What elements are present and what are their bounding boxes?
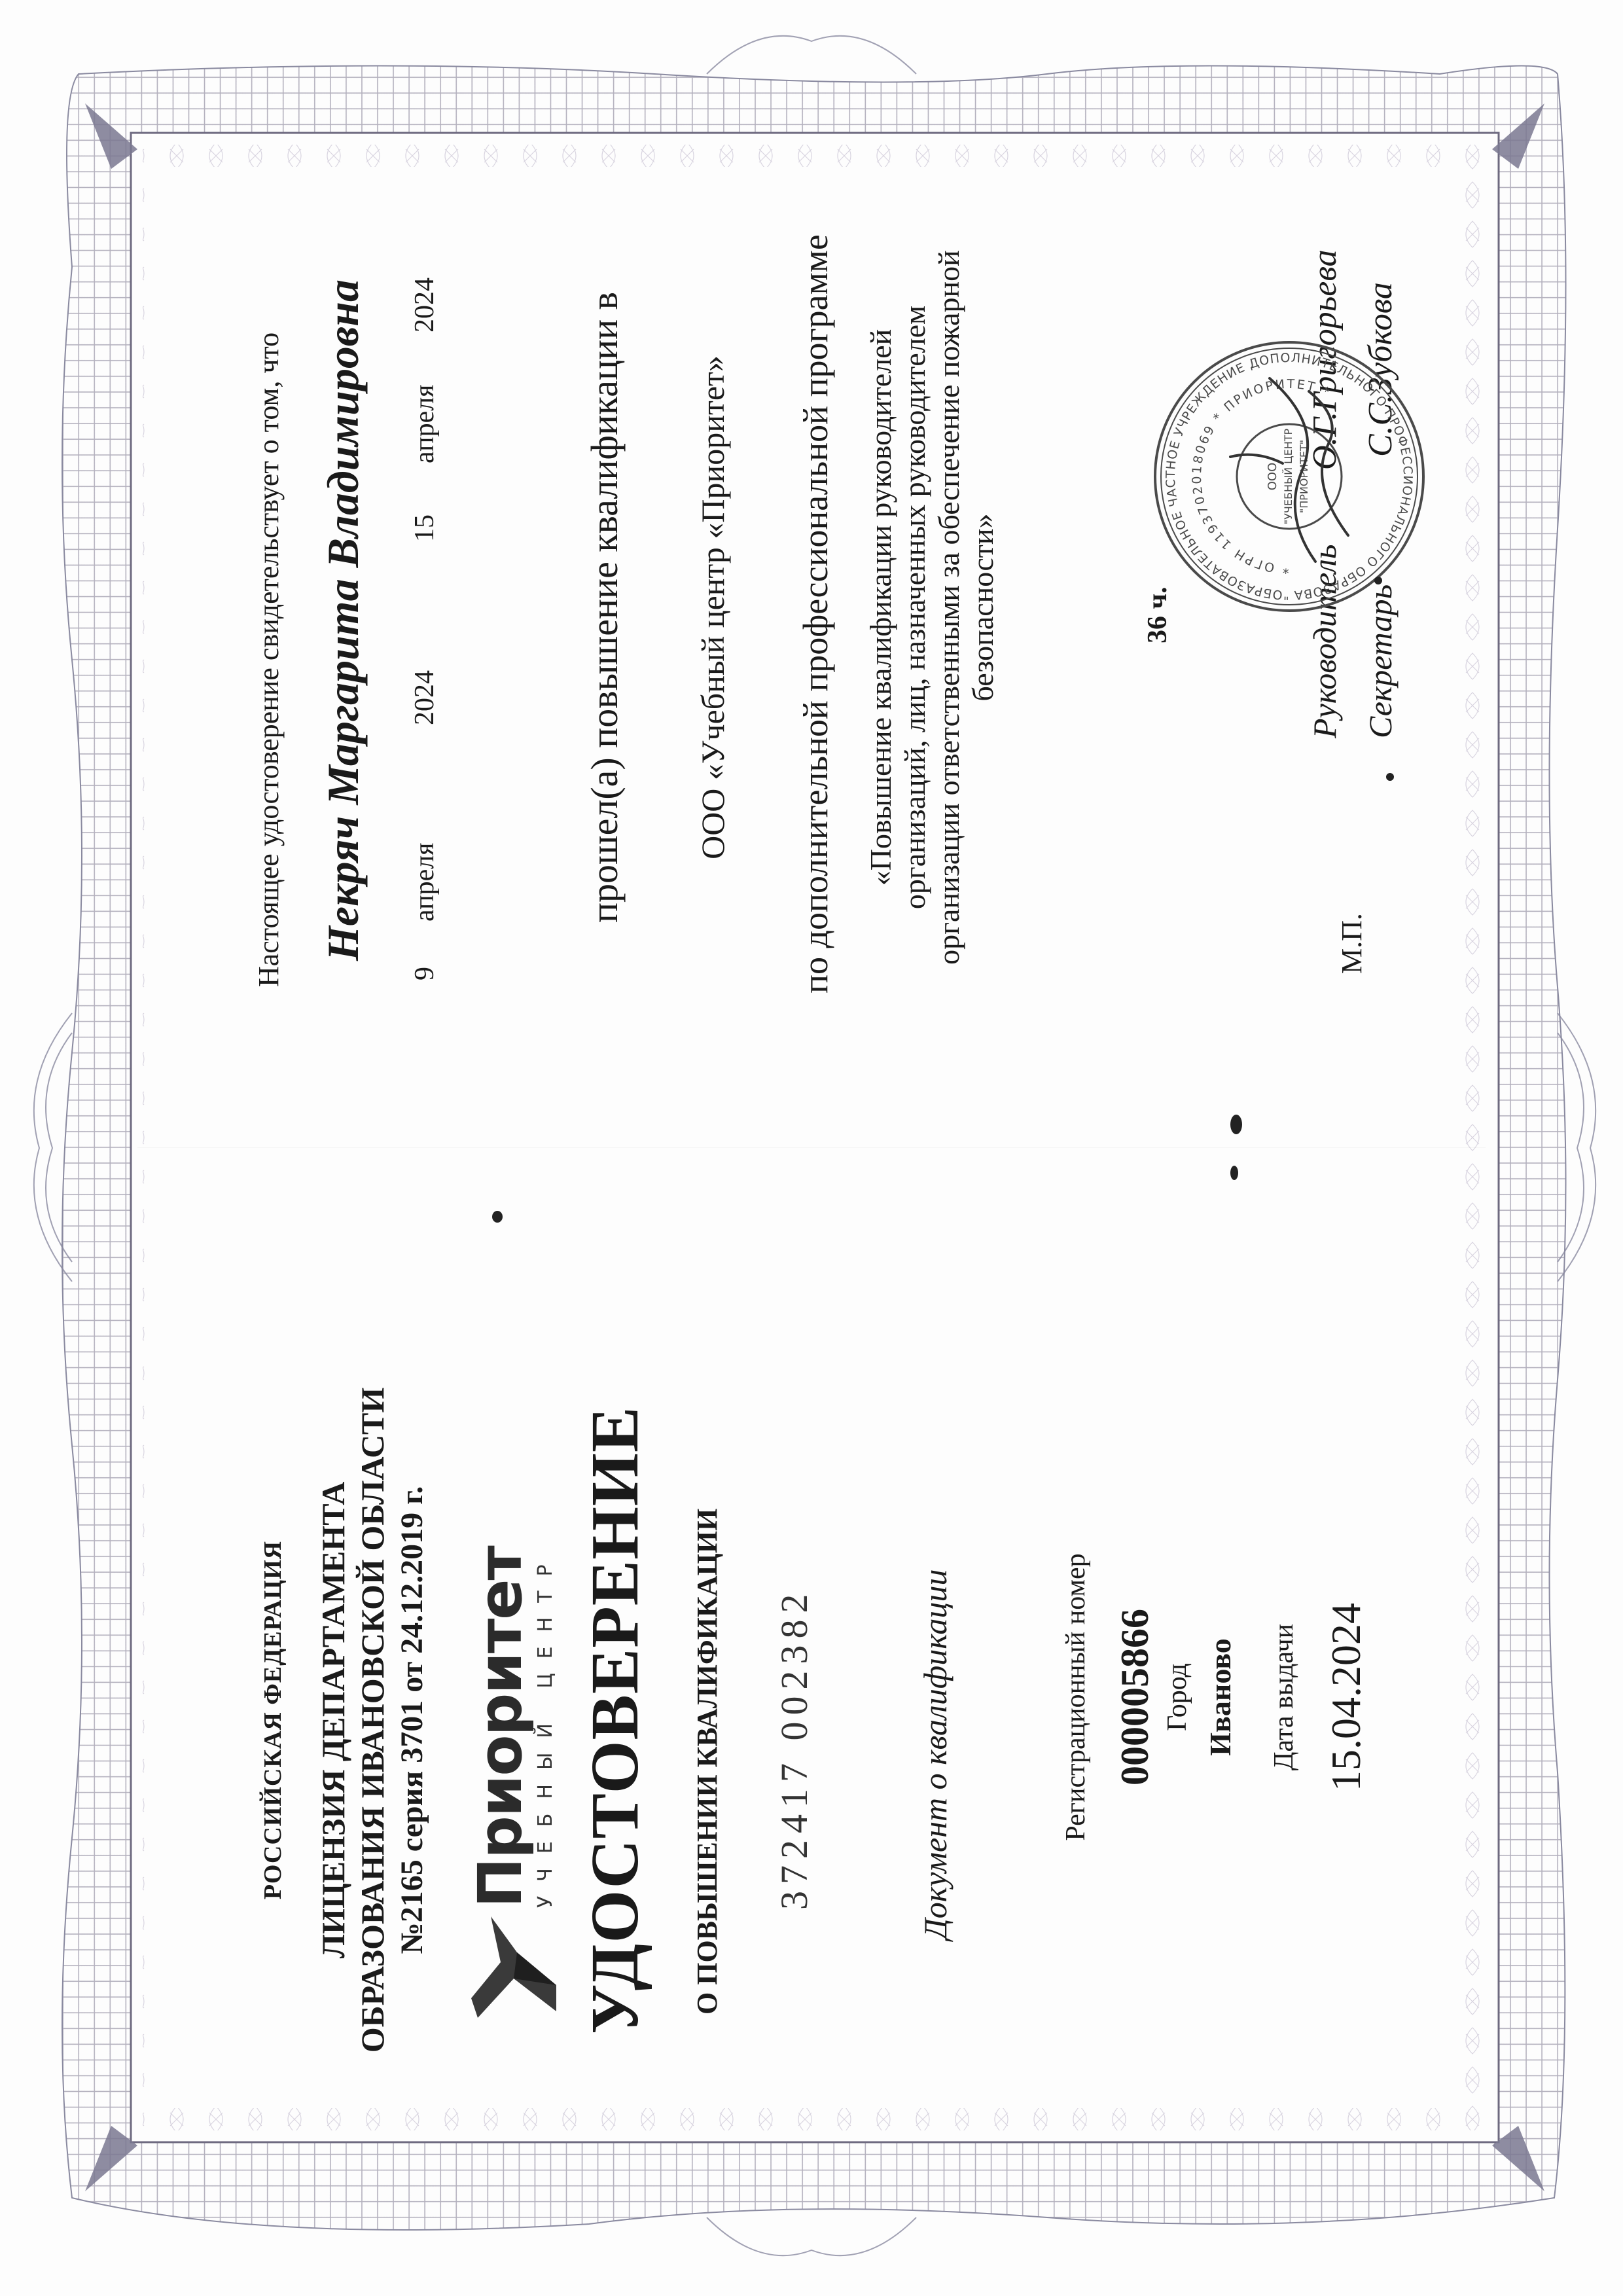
document-kind: Документ о квалификации	[916, 1570, 954, 1939]
program-name: «Повышение квалификации руководителей ор…	[864, 247, 1000, 967]
svg-text:"УЧЕБНЫЙ ЦЕНТР: "УЧЕБНЫЙ ЦЕНТР	[1282, 428, 1294, 524]
document-number: 372417 002382	[772, 1588, 816, 1910]
issue-date: 15.04.2024	[1322, 1603, 1370, 1791]
svg-text:* ОГРН 1193702018069 * ПРИОРИТ: * ОГРН 1193702018069 * ПРИОРИТЕТ *	[1190, 377, 1333, 576]
intro-text: Настоящее удостоверение свидетельствует …	[252, 332, 285, 987]
priority-arrow-logo-icon	[465, 1913, 563, 2024]
organization-name: ООО «Учебный центр «Приоритет»	[694, 355, 732, 859]
svg-text:ООО: ООО	[1266, 463, 1279, 491]
period-to-day: 15	[409, 514, 440, 542]
program-label: по дополнительной профессиональной прогр…	[795, 234, 836, 994]
seal-label: М.П.	[1335, 913, 1368, 974]
organization-stamp: "ОБРАЗОВАТЕЛЬНОЕ ЧАСТНОЕ УЧРЕЖДЕНИЕ ДОПО…	[1152, 339, 1427, 614]
certificate-page: РОССИЙСКАЯ ФЕДЕРАЦИЯ ЛИЦЕНЗИЯ ДЕПАРТАМЕН…	[0, 0, 1623, 2296]
recipient-full-name: Некряч Маргарита Владимировна	[317, 279, 369, 961]
passed-text: прошел(а) повышение квалификации в	[582, 292, 626, 923]
license-line-1: ЛИЦЕНЗИЯ ДЕПАРТАМЕНТА	[314, 1482, 352, 1958]
logo-subtitle: УЧЕБНЫЙ ЦЕНТР	[534, 1547, 557, 1908]
logo-name: Приоритет	[471, 1547, 530, 1908]
license-line-2: ОБРАЗОВАНИЯ ИВАНОВСКОЙ ОБЛАСТИ	[353, 1388, 391, 2053]
period-from-year: 2024	[409, 670, 440, 725]
scan-speck	[492, 1211, 503, 1223]
scan-speck	[1374, 577, 1382, 584]
period-from-month: апреля	[409, 843, 440, 922]
logo: Приоритет УЧЕБНЫЙ ЦЕНТР	[465, 1547, 563, 2024]
document-title: УДОСТОВЕРЕНИЕ	[576, 1407, 654, 2034]
registration-label: Регистрационный номер	[1060, 1553, 1092, 1840]
document-subtitle: О ПОВЫШЕНИИ КВАЛИФИКАЦИИ	[690, 1509, 724, 2015]
scan-speck	[1230, 1115, 1242, 1134]
country-label: РОССИЙСКАЯ ФЕДЕРАЦИЯ	[259, 1541, 287, 1899]
fold-line	[137, 1147, 1486, 1148]
registration-number: 000005866	[1113, 1609, 1158, 1785]
scan-speck	[1386, 773, 1394, 781]
period-to-year: 2024	[409, 278, 440, 332]
scan-speck	[1230, 1166, 1238, 1180]
period-to-month: апреля	[409, 385, 440, 463]
city-value: Иваново	[1203, 1638, 1238, 1756]
city-label: Город	[1162, 1663, 1193, 1731]
license-number: №2165 серия 3701 от 24.12.2019 г.	[394, 1486, 430, 1954]
issue-date-label: Дата выдачи	[1268, 1624, 1300, 1770]
period-from-day: 9	[409, 967, 440, 980]
